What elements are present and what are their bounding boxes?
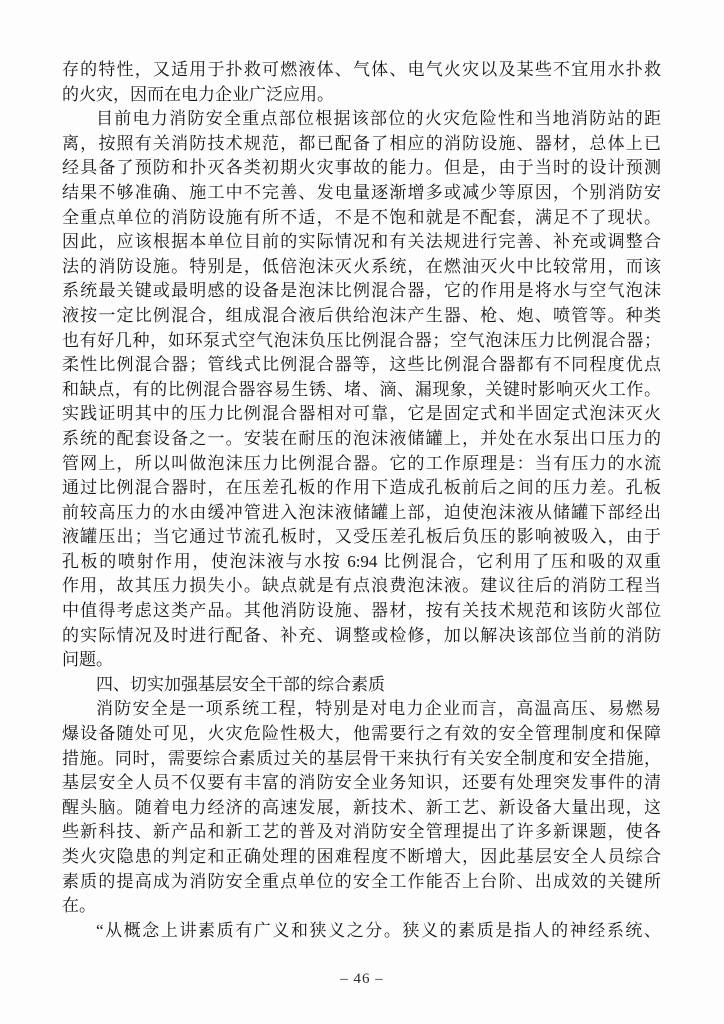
text-line: 前较高压力的水由缓冲管进入泡沫液储罐上部，迫使泡沫液从储罐下部经出 <box>62 501 661 526</box>
text-line: 存的特性，又适用于扑救可燃液体、气体、电气火灾以及某些不宜用水扑救 <box>62 58 661 83</box>
text-line: 基层安全人员不仅要有丰富的消防安全业务知识，还要有处理突发事件的清 <box>62 771 661 796</box>
text-line: 柔性比例混合器；管线式比例混合器等，这些比例混合器都有不同程度优点 <box>62 353 661 378</box>
text-line: 醒头脑。随着电力经济的高速发展，新技术、新工艺、新设备大量出现，这 <box>62 796 661 821</box>
text-line: 通过比例混合器时，在压差孔板的作用下造成孔板前后之间的压力差。孔板 <box>62 476 661 501</box>
text-line: 法的消防设施。特别是，低倍泡沫灭火系统，在燃油灭火中比较常用，而该 <box>62 255 661 280</box>
text-line: 实践证明其中的压力比例混合器相对可靠，它是固定式和半固定式泡沫灭火 <box>62 402 661 427</box>
document-page: 存的特性，又适用于扑救可燃液体、气体、电气火灾以及某些不宜用水扑救的火灾，因而在… <box>0 0 724 1024</box>
text-line: 四、切实加强基层安全干部的综合素质 <box>62 673 661 698</box>
text-line: 些新科技、新产品和新工艺的普及对消防安全管理提出了许多新课题，使各 <box>62 820 661 845</box>
text-line: 因此，应该根据本单位目前的实际情况和有关法规进行完善、补充或调整合 <box>62 230 661 255</box>
text-line: 措施。同时，需要综合素质过关的基层骨干来执行有关安全制度和安全措施， <box>62 747 661 772</box>
text-line: 孔板的喷射作用，使泡沫液与水按 6:94 比例混合，它利用了压和吸的双重 <box>62 550 661 575</box>
text-line: 液罐压出；当它通过节流孔板时，又受压差孔板后负压的影响被吸入，由于 <box>62 525 661 550</box>
page-number: – 46 – <box>0 969 724 989</box>
text-line: 全重点单位的消防设施有所不适，不是不饱和就是不配套，满足不了现状。 <box>62 206 661 231</box>
text-line: 目前电力消防安全重点部位根据该部位的火灾危险性和当地消防站的距 <box>62 107 661 132</box>
text-line: 的火灾，因而在电力企业广泛应用。 <box>62 83 661 108</box>
document-body: 存的特性，又适用于扑救可燃液体、气体、电气火灾以及某些不宜用水扑救的火灾，因而在… <box>62 58 661 943</box>
text-line: 爆设备随处可见，火灾危险性极大，他需要行之有效的安全管理制度和保障 <box>62 722 661 747</box>
text-line: 在。 <box>62 894 661 919</box>
text-line: 管网上，所以叫做泡沫压力比例混合器。它的工作原理是：当有压力的水流 <box>62 452 661 477</box>
text-line: 也有好几种，如环泵式空气泡沫负压比例混合器；空气泡沫压力比例混合器； <box>62 329 661 354</box>
text-line: 经具备了预防和扑灭各类初期火灾事故的能力。但是，由于当时的设计预测 <box>62 156 661 181</box>
text-line: 液按一定比例混合，组成混合液后供给泡沫产生器、枪、炮、喷管等。种类 <box>62 304 661 329</box>
text-line: 类火灾隐患的判定和正确处理的困难程度不断增大，因此基层安全人员综合 <box>62 845 661 870</box>
text-line: 作用，故其压力损失小。缺点就是有点浪费泡沫液。建议往后的消防工程当 <box>62 574 661 599</box>
text-line: “从概念上讲素质有广义和狭义之分。狭义的素质是指人的神经系统、 <box>62 919 661 944</box>
text-line: 和缺点，有的比例混合器容易生锈、堵、滴、漏现象，关键时影响灭火工作。 <box>62 378 661 403</box>
text-line: 的实际情况及时进行配备、补充、调整或检修，加以解决该部位当前的消防 <box>62 624 661 649</box>
text-line: 系统的配套设备之一。安装在耐压的泡沫液储罐上，并处在水泵出口压力的 <box>62 427 661 452</box>
text-line: 中值得考虑这类产品。其他消防设施、器材，按有关技术规范和该防火部位 <box>62 599 661 624</box>
text-line: 结果不够准确、施工中不完善、发电量逐渐增多或减少等原因，个别消防安 <box>62 181 661 206</box>
text-line: 素质的提高成为消防安全重点单位的安全工作能否上台阶、出成效的关键所 <box>62 870 661 895</box>
text-line: 离，按照有关消防技术规范，都已配备了相应的消防设施、器材，总体上已 <box>62 132 661 157</box>
text-line: 消防安全是一项系统工程，特别是对电力企业而言，高温高压、易燃易 <box>62 697 661 722</box>
text-line: 系统最关键或最明感的设备是泡沫比例混合器，它的作用是将水与空气泡沫 <box>62 279 661 304</box>
text-line: 问题。 <box>62 648 661 673</box>
